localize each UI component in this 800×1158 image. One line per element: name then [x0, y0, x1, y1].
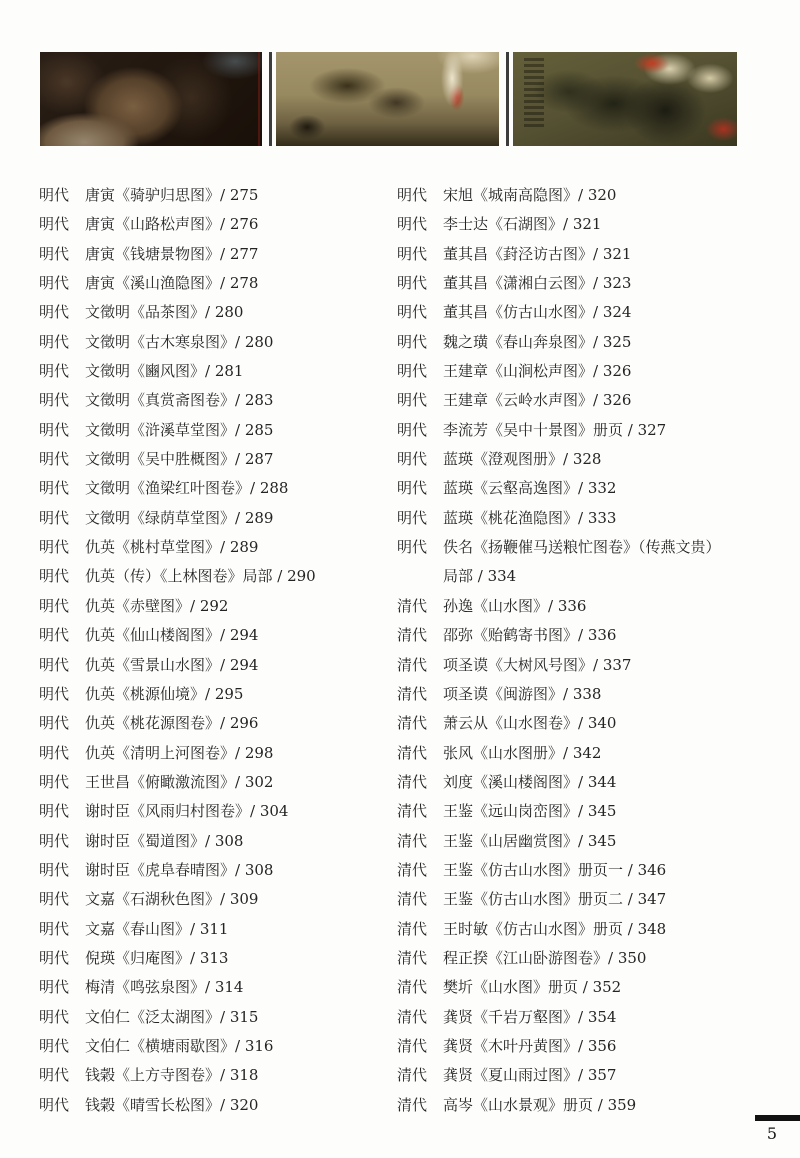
- toc-entry-row: 明代 梅清《鸣弦泉图》/ 314: [39, 973, 391, 1002]
- toc-entry-row: 明代 仇英《清明上河图卷》/ 298: [39, 739, 391, 768]
- entry-text: 唐寅《山路松声图》/ 276: [85, 210, 391, 239]
- toc-entry-row: 明代 谢时臣《蜀道图》/ 308: [39, 827, 391, 856]
- entry-text: 仇英《雪景山水图》/ 294: [85, 651, 391, 680]
- dynasty-label: 明代: [397, 181, 443, 210]
- toc-entry-row: 明代 文徵明《豳风图》/ 281: [39, 357, 391, 386]
- toc-entry-row: 清代 项圣谟《大树风号图》/ 337: [397, 651, 791, 680]
- toc-entry-row: 明代 蓝瑛《桃花渔隐图》/ 333: [397, 504, 791, 533]
- dynasty-label: 明代: [39, 621, 85, 650]
- toc-entry-row: 明代 唐寅《钱塘景物图》/ 277: [39, 240, 391, 269]
- toc-entry-row: 明代 文徵明《浒溪草堂图》/ 285: [39, 416, 391, 445]
- entry-text: 王鉴《仿古山水图》册页一 / 346: [443, 856, 791, 885]
- dynasty-label: 明代: [39, 680, 85, 709]
- entry-text: 王鉴《山居幽赏图》/ 345: [443, 827, 791, 856]
- page-corner-bar: [755, 1115, 800, 1121]
- dynasty-label: 明代: [39, 357, 85, 386]
- toc-entry-row: 明代 董其昌《葑泾访古图》/ 321: [397, 240, 791, 269]
- toc-entry-row: 明代 董其昌《仿古山水图》/ 324: [397, 298, 791, 327]
- dynasty-label: 清代: [397, 651, 443, 680]
- dynasty-label: 明代: [397, 210, 443, 239]
- toc-entry-row: 明代 仇英《雪景山水图》/ 294: [39, 651, 391, 680]
- dynasty-label: 明代: [397, 504, 443, 533]
- dynasty-label: 明代: [39, 416, 85, 445]
- entry-text: 文伯仁《泛太湖图》/ 315: [85, 1003, 391, 1032]
- entry-text: 文伯仁《横塘雨歇图》/ 316: [85, 1032, 391, 1061]
- toc-entry-row: 明代 文徵明《真赏斋图卷》/ 283: [39, 386, 391, 415]
- dynasty-label: 明代: [39, 328, 85, 357]
- toc-entry-row: 明代 文徵明《品茶图》/ 280: [39, 298, 391, 327]
- dynasty-label: 明代: [39, 709, 85, 738]
- dynasty-label: 明代: [397, 533, 443, 592]
- toc-entry-row: 明代 佚名《扬鞭催马送粮忙图卷》（传燕文贵）局部 / 334: [397, 533, 791, 592]
- page-number: 5: [761, 1123, 783, 1145]
- entry-text: 萧云从《山水图卷》/ 340: [443, 709, 791, 738]
- entry-text: 钱榖《上方寺图卷》/ 318: [85, 1061, 391, 1090]
- entry-text: 王鉴《仿古山水图》册页二 / 347: [443, 885, 791, 914]
- toc-entry-row: 明代 蓝瑛《云壑高逸图》/ 332: [397, 474, 791, 503]
- dynasty-label: 明代: [39, 1061, 85, 1090]
- dynasty-label: 明代: [39, 797, 85, 826]
- painting-thumbnail-2: [276, 52, 499, 146]
- dynasty-label: 明代: [397, 386, 443, 415]
- toc-entry-row: 明代 董其昌《潇湘白云图》/ 323: [397, 269, 791, 298]
- dynasty-label: 明代: [39, 1032, 85, 1061]
- toc-entry-row: 清代 王鉴《远山岗峦图》/ 345: [397, 797, 791, 826]
- toc-entry-row: 清代 王时敏《仿古山水图》册页 / 348: [397, 915, 791, 944]
- dynasty-label: 明代: [39, 885, 85, 914]
- dynasty-label: 清代: [397, 885, 443, 914]
- entry-text: 龚贤《夏山雨过图》/ 357: [443, 1061, 791, 1090]
- entry-text: 文徵明《品茶图》/ 280: [85, 298, 391, 327]
- dynasty-label: 明代: [397, 269, 443, 298]
- toc-entry-row: 明代 仇英（传）《上林图卷》局部 / 290: [39, 562, 391, 591]
- dynasty-label: 清代: [397, 797, 443, 826]
- toc-entry-row: 明代 王建章《山涧松声图》/ 326: [397, 357, 791, 386]
- dynasty-label: 明代: [39, 592, 85, 621]
- entry-text: 魏之璜《春山奔泉图》/ 325: [443, 328, 791, 357]
- entry-text: 文徵明《真赏斋图卷》/ 283: [85, 386, 391, 415]
- toc-entry-row: 清代 樊圻《山水图》册页 / 352: [397, 973, 791, 1002]
- entry-text: 仇英《桃源仙境》/ 295: [85, 680, 391, 709]
- toc-entry-row: 明代 唐寅《山路松声图》/ 276: [39, 210, 391, 239]
- entry-text-line2: 局部 / 334: [443, 562, 791, 591]
- dynasty-label: 明代: [39, 269, 85, 298]
- toc-entry-row: 明代 王建章《云岭水声图》/ 326: [397, 386, 791, 415]
- entry-text: 仇英《赤壁图》/ 292: [85, 592, 391, 621]
- toc-entry-row: 清代 萧云从《山水图卷》/ 340: [397, 709, 791, 738]
- dynasty-label: 明代: [39, 856, 85, 885]
- toc-entry-row: 清代 龚贤《木叶丹黄图》/ 356: [397, 1032, 791, 1061]
- entry-text: 龚贤《木叶丹黄图》/ 356: [443, 1032, 791, 1061]
- dynasty-label: 明代: [397, 445, 443, 474]
- entry-text: 文徵明《绿荫草堂图》/ 289: [85, 504, 391, 533]
- dynasty-label: 明代: [39, 562, 85, 591]
- entry-text: 仇英《桃村草堂图》/ 289: [85, 533, 391, 562]
- toc-entry-row: 清代 王鉴《仿古山水图》册页二 / 347: [397, 885, 791, 914]
- dynasty-label: 明代: [39, 210, 85, 239]
- dynasty-label: 明代: [39, 973, 85, 1002]
- toc-entry-row: 明代 仇英《桃花源图卷》/ 296: [39, 709, 391, 738]
- toc-entry-row: 清代 龚贤《千岩万壑图》/ 354: [397, 1003, 791, 1032]
- entry-text: 董其昌《仿古山水图》/ 324: [443, 298, 791, 327]
- dynasty-label: 明代: [39, 827, 85, 856]
- entry-text: 蓝瑛《澄观图册》/ 328: [443, 445, 791, 474]
- entry-text: 项圣谟《闽游图》/ 338: [443, 680, 791, 709]
- entry-text: 仇英《清明上河图卷》/ 298: [85, 739, 391, 768]
- toc-entry-row: 明代 文徵明《吴中胜概图》/ 287: [39, 445, 391, 474]
- toc-entry-row: 明代 文嘉《春山图》/ 311: [39, 915, 391, 944]
- entry-text: 佚名《扬鞭催马送粮忙图卷》（传燕文贵）局部 / 334: [443, 533, 791, 592]
- dynasty-label: 清代: [397, 709, 443, 738]
- entry-text: 钱榖《晴雪长松图》/ 320: [85, 1091, 391, 1120]
- entry-text: 李士达《石湖图》/ 321: [443, 210, 791, 239]
- entry-text: 王鉴《远山岗峦图》/ 345: [443, 797, 791, 826]
- dynasty-label: 明代: [397, 357, 443, 386]
- entry-text: 高岑《山水景观》册页 / 359: [443, 1091, 791, 1120]
- toc-entry-row: 明代 文嘉《石湖秋色图》/ 309: [39, 885, 391, 914]
- entry-text: 倪瑛《归庵图》/ 313: [85, 944, 391, 973]
- entry-text: 项圣谟《大树风号图》/ 337: [443, 651, 791, 680]
- toc-entry-row: 明代 唐寅《骑驴归思图》/ 275: [39, 181, 391, 210]
- entry-text: 文徵明《吴中胜概图》/ 287: [85, 445, 391, 474]
- entry-text: 文徵明《渔梁红叶图卷》/ 288: [85, 474, 391, 503]
- toc-entry-row: 清代 张风《山水图册》/ 342: [397, 739, 791, 768]
- dynasty-label: 明代: [39, 386, 85, 415]
- toc-entry-row: 明代 仇英《桃源仙境》/ 295: [39, 680, 391, 709]
- dynasty-label: 明代: [39, 181, 85, 210]
- entry-text: 梅清《鸣弦泉图》/ 314: [85, 973, 391, 1002]
- toc-column-right: 明代 宋旭《城南高隐图》/ 320 明代 李士达《石湖图》/ 321 明代 董其…: [397, 181, 791, 1120]
- toc-entry-row: 明代 李士达《石湖图》/ 321: [397, 210, 791, 239]
- toc-entry-row: 清代 程正揆《江山卧游图卷》/ 350: [397, 944, 791, 973]
- dynasty-label: 清代: [397, 739, 443, 768]
- toc-entry-row: 明代 钱榖《上方寺图卷》/ 318: [39, 1061, 391, 1090]
- dynasty-label: 清代: [397, 1003, 443, 1032]
- dynasty-label: 明代: [39, 445, 85, 474]
- dynasty-label: 清代: [397, 827, 443, 856]
- dynasty-label: 明代: [397, 240, 443, 269]
- toc-entry-row: 明代 宋旭《城南高隐图》/ 320: [397, 181, 791, 210]
- entry-text: 刘度《溪山楼阁图》/ 344: [443, 768, 791, 797]
- dynasty-label: 清代: [397, 680, 443, 709]
- dynasty-label: 明代: [39, 1091, 85, 1120]
- entry-text: 文徵明《古木寒泉图》/ 280: [85, 328, 391, 357]
- entry-text: 仇英《桃花源图卷》/ 296: [85, 709, 391, 738]
- entry-text: 龚贤《千岩万壑图》/ 354: [443, 1003, 791, 1032]
- dynasty-label: 明代: [397, 474, 443, 503]
- painting-thumbnail-1: [40, 52, 262, 146]
- entry-text: 程正揆《江山卧游图卷》/ 350: [443, 944, 791, 973]
- toc-entry-row: 明代 文徵明《渔梁红叶图卷》/ 288: [39, 474, 391, 503]
- dynasty-label: 明代: [39, 533, 85, 562]
- dynasty-label: 明代: [39, 474, 85, 503]
- dynasty-label: 清代: [397, 1061, 443, 1090]
- thumbnail-divider-2: [506, 52, 509, 146]
- entry-text: 李流芳《吴中十景图》册页 / 327: [443, 416, 791, 445]
- dynasty-label: 明代: [39, 768, 85, 797]
- entry-text: 王建章《云岭水声图》/ 326: [443, 386, 791, 415]
- toc-entry-row: 明代 仇英《赤壁图》/ 292: [39, 592, 391, 621]
- entry-text: 唐寅《骑驴归思图》/ 275: [85, 181, 391, 210]
- dynasty-label: 明代: [397, 416, 443, 445]
- dynasty-label: 清代: [397, 1091, 443, 1120]
- dynasty-label: 清代: [397, 768, 443, 797]
- toc-entry-row: 明代 钱榖《晴雪长松图》/ 320: [39, 1091, 391, 1120]
- entry-text: 唐寅《溪山渔隐图》/ 278: [85, 269, 391, 298]
- toc-entry-row: 明代 王世昌《俯瞰激流图》/ 302: [39, 768, 391, 797]
- toc-entry-row: 清代 孙逸《山水图》/ 336: [397, 592, 791, 621]
- dynasty-label: 清代: [397, 1032, 443, 1061]
- entry-text: 孙逸《山水图》/ 336: [443, 592, 791, 621]
- toc-entry-row: 明代 文徵明《绿荫草堂图》/ 289: [39, 504, 391, 533]
- toc-entry-row: 明代 谢时臣《虎阜春晴图》/ 308: [39, 856, 391, 885]
- entry-text: 樊圻《山水图》册页 / 352: [443, 973, 791, 1002]
- entry-text: 仇英（传）《上林图卷》局部 / 290: [85, 562, 391, 591]
- entry-text: 王世昌《俯瞰激流图》/ 302: [85, 768, 391, 797]
- toc-entry-row: 清代 高岑《山水景观》册页 / 359: [397, 1091, 791, 1120]
- toc-entry-row: 清代 王鉴《山居幽赏图》/ 345: [397, 827, 791, 856]
- entry-text: 董其昌《葑泾访古图》/ 321: [443, 240, 791, 269]
- entry-text: 张风《山水图册》/ 342: [443, 739, 791, 768]
- toc-entry-row: 清代 项圣谟《闽游图》/ 338: [397, 680, 791, 709]
- toc-entry-row: 明代 文徵明《古木寒泉图》/ 280: [39, 328, 391, 357]
- toc-entry-row: 清代 龚贤《夏山雨过图》/ 357: [397, 1061, 791, 1090]
- dynasty-label: 清代: [397, 621, 443, 650]
- entry-text: 唐寅《钱塘景物图》/ 277: [85, 240, 391, 269]
- dynasty-label: 明代: [39, 1003, 85, 1032]
- entry-text: 王建章《山涧松声图》/ 326: [443, 357, 791, 386]
- toc-entry-row: 明代 魏之璜《春山奔泉图》/ 325: [397, 328, 791, 357]
- painting-thumbnail-3: [513, 52, 737, 146]
- entry-text: 谢时臣《虎阜春晴图》/ 308: [85, 856, 391, 885]
- toc-entry-row: 明代 唐寅《溪山渔隐图》/ 278: [39, 269, 391, 298]
- entry-text: 蓝瑛《云壑高逸图》/ 332: [443, 474, 791, 503]
- entry-text: 董其昌《潇湘白云图》/ 323: [443, 269, 791, 298]
- dynasty-label: 清代: [397, 592, 443, 621]
- entry-text: 文徵明《豳风图》/ 281: [85, 357, 391, 386]
- entry-text: 谢时臣《风雨归村图卷》/ 304: [85, 797, 391, 826]
- dynasty-label: 明代: [39, 298, 85, 327]
- toc-entry-row: 明代 倪瑛《归庵图》/ 313: [39, 944, 391, 973]
- toc-entry-row: 明代 李流芳《吴中十景图》册页 / 327: [397, 416, 791, 445]
- entry-text: 文嘉《石湖秋色图》/ 309: [85, 885, 391, 914]
- dynasty-label: 明代: [39, 739, 85, 768]
- dynasty-label: 清代: [397, 915, 443, 944]
- toc-entry-row: 明代 谢时臣《风雨归村图卷》/ 304: [39, 797, 391, 826]
- entry-text: 仇英《仙山楼阁图》/ 294: [85, 621, 391, 650]
- dynasty-label: 清代: [397, 856, 443, 885]
- toc-column-left: 明代 唐寅《骑驴归思图》/ 275 明代 唐寅《山路松声图》/ 276 明代 唐…: [39, 181, 391, 1120]
- entry-text: 谢时臣《蜀道图》/ 308: [85, 827, 391, 856]
- entry-text: 王时敏《仿古山水图》册页 / 348: [443, 915, 791, 944]
- toc-entry-row: 明代 仇英《仙山楼阁图》/ 294: [39, 621, 391, 650]
- entry-text: 文嘉《春山图》/ 311: [85, 915, 391, 944]
- dynasty-label: 明代: [39, 915, 85, 944]
- toc-entry-row: 清代 刘度《溪山楼阁图》/ 344: [397, 768, 791, 797]
- entry-text: 蓝瑛《桃花渔隐图》/ 333: [443, 504, 791, 533]
- toc-entry-row: 清代 邵弥《贻鹤寄书图》/ 336: [397, 621, 791, 650]
- dynasty-label: 明代: [39, 504, 85, 533]
- toc-entry-row: 明代 仇英《桃村草堂图》/ 289: [39, 533, 391, 562]
- dynasty-label: 明代: [397, 328, 443, 357]
- dynasty-label: 明代: [39, 240, 85, 269]
- dynasty-label: 明代: [397, 298, 443, 327]
- entry-text: 文徵明《浒溪草堂图》/ 285: [85, 416, 391, 445]
- entry-text: 宋旭《城南高隐图》/ 320: [443, 181, 791, 210]
- entry-text: 邵弥《贻鹤寄书图》/ 336: [443, 621, 791, 650]
- thumbnail-divider-1: [269, 52, 272, 146]
- dynasty-label: 清代: [397, 944, 443, 973]
- toc-entry-row: 明代 文伯仁《横塘雨歇图》/ 316: [39, 1032, 391, 1061]
- toc-entry-row: 清代 王鉴《仿古山水图》册页一 / 346: [397, 856, 791, 885]
- dynasty-label: 明代: [39, 651, 85, 680]
- toc-entry-row: 明代 蓝瑛《澄观图册》/ 328: [397, 445, 791, 474]
- dynasty-label: 清代: [397, 973, 443, 1002]
- dynasty-label: 明代: [39, 944, 85, 973]
- toc-entry-row: 明代 文伯仁《泛太湖图》/ 315: [39, 1003, 391, 1032]
